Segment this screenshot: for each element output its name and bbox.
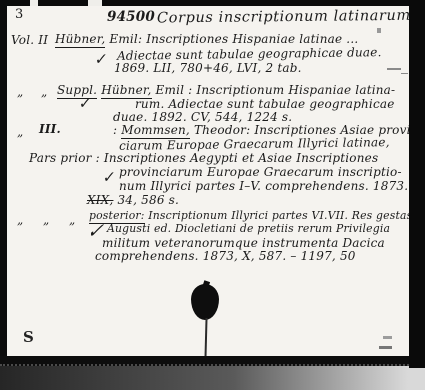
suppl-line3: duae. 1892. CV, 544, 1224 s. — [113, 111, 292, 123]
scan-noise — [387, 68, 401, 70]
vol2-author: Hübner, — [55, 32, 105, 48]
posterior-line3: militum veteranorumque instrumenta Dacic… — [102, 237, 385, 249]
vol2-line3: 1869. LII, 780+46, LVI, 2 tab. — [114, 62, 302, 74]
posterior-line1: posterior: Inscriptionum Illyrici partes… — [89, 211, 425, 222]
ditto-mark: „ — [41, 86, 47, 98]
pars-prior-line4-rest: 34, 586 s. — [113, 193, 179, 207]
suppl-line1-rest: Emil : Inscriptionum Hispaniae latina- — [152, 83, 396, 97]
vol2-line2: Adiectae sunt tabulae geographicae duae. — [117, 46, 382, 62]
scan-noise — [377, 28, 381, 33]
suppl-line2: rum. Adiectae sunt tabulae geographicae — [135, 98, 395, 110]
ditto-mark: „ — [17, 214, 23, 226]
pars-prior-struck-numeral: XIX, — [87, 193, 113, 207]
scan-noise — [401, 73, 408, 74]
vol3-line2: ciarum Europae Graecarum Illyrici latina… — [119, 136, 390, 152]
vol3-line1: : Mommsen, Theodor: Inscriptiones Asiae … — [113, 124, 423, 136]
scan-edge-notch — [88, 0, 102, 6]
scan-noise — [379, 346, 392, 349]
pars-prior-line2: provinciarum Europae Graecarum inscripti… — [119, 166, 402, 178]
ditto-mark: „ — [43, 214, 49, 226]
page-number: 3 — [15, 8, 23, 21]
ditto-mark: „ — [69, 214, 75, 226]
checkmark-icon: ✓ — [102, 167, 117, 186]
scan-edge-notch — [30, 0, 38, 6]
vol3-author: Mommsen, — [121, 123, 190, 139]
stamp-letter: S — [23, 328, 34, 346]
vol2-line1-rest: Emil: Inscriptiones Hispaniae latinae ..… — [105, 32, 358, 46]
scanned-card-page: 3 94500 Corpus inscriptionum latinarum .… — [0, 0, 425, 390]
pars-prior-line1-text: Inscriptiones Aegypti et Asiae Inscripti… — [104, 151, 378, 165]
posterior-line1-text: Inscriptionum Illyrici partes VI.VII. Re… — [148, 209, 425, 222]
posterior-line4: comprehendens. 1873, X, 587. – 1197, 50 — [95, 250, 356, 262]
vol2-line1: Hübner, Emil: Inscriptiones Hispaniae la… — [55, 33, 358, 45]
posterior-line2: Augusti ed. Diocletiani de pretiis rerum… — [107, 224, 390, 235]
scan-bottom-band — [0, 366, 425, 390]
suppl-line1: Suppl. Hübner, Emil : Inscriptionum Hisp… — [57, 84, 395, 96]
ditto-mark: „ — [17, 86, 23, 98]
vol2-volume-label: Vol. II — [11, 34, 48, 46]
pars-prior-line1: Pars prior : Inscriptiones Aegypti et As… — [29, 152, 378, 164]
checkmark-icon: ✓ — [94, 49, 109, 68]
ditto-mark: „ — [17, 126, 23, 138]
pars-prior-line3: num Illyrici partes I–V. comprehendens. … — [119, 180, 408, 192]
pars-prior-line4: XIX, 34, 586 s. — [87, 194, 179, 206]
checkmark-icon: ✓ — [78, 93, 93, 112]
scan-right-edge — [409, 0, 425, 368]
pars-prior-label: Pars prior : — [29, 151, 100, 165]
call-number: 94500 — [107, 11, 155, 25]
card-title: Corpus inscriptionum latinarum ... — [157, 9, 425, 26]
scan-noise — [383, 336, 392, 339]
vol3-volume-label: III. — [39, 123, 61, 135]
card-bottom-edge — [0, 356, 425, 366]
